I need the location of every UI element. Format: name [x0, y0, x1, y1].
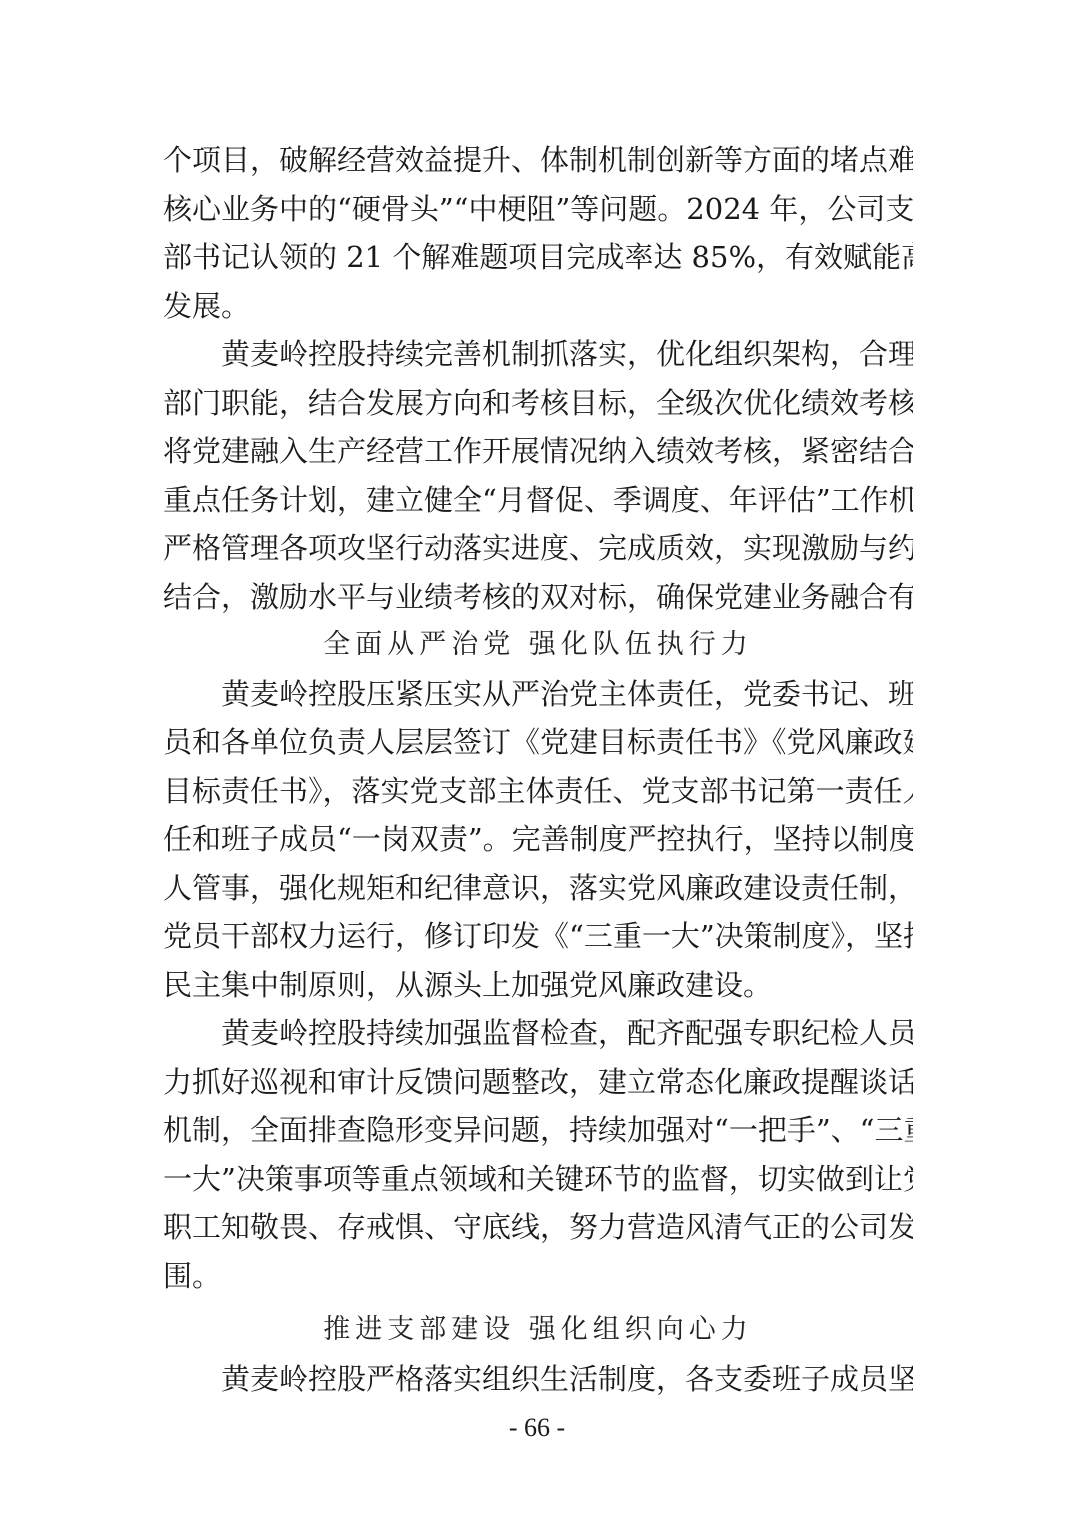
text-line: 围。 [163, 1252, 913, 1301]
text-line: 发展。 [163, 282, 913, 331]
text-line: 核心业务中的“硬骨头”“中梗阻”等问题。2024 年，公司支 [163, 185, 913, 234]
text-line: 机制，全面排查隐形变异问题，持续加强对“一把手”、“三重 [163, 1106, 913, 1155]
paragraph: 黄麦岭控股严格落实组织生活制度，各支委班子成员坚持带 [163, 1355, 913, 1404]
text-line: 黄麦岭控股持续完善机制抓落实，优化组织架构，合理调整 [163, 330, 913, 379]
text-line: 目标责任书》，落实党支部主体责任、党支部书记第一责任人责 [163, 767, 913, 816]
text-line: 严格管理各项攻坚行动落实进度、完成质效，实现激励与约束相 [163, 524, 913, 573]
text-line: 结合，激励水平与业绩考核的双对标，确保党建业务融合有实效。 [163, 573, 913, 622]
text-line: 职工知敬畏、存戒惧、守底线，努力营造风清气正的公司发展氛 [163, 1203, 913, 1252]
section-heading: 全面从严治党 强化队伍执行力 [163, 621, 913, 670]
text-line: 将党建融入生产经营工作开展情况纳入绩效考核，紧密结合年度 [163, 427, 913, 476]
text-line: 员和各单位负责人层层签订《党建目标责任书》《党风廉政建设 [163, 718, 913, 767]
paragraph-continued: 个项目，破解经营效益提升、体制机制创新等方面的堵点难题和 核心业务中的“硬骨头”… [163, 136, 913, 330]
text-line: 重点任务计划，建立健全“月督促、季调度、年评估”工作机制， [163, 476, 913, 525]
text-line: 黄麦岭控股严格落实组织生活制度，各支委班子成员坚持带 [163, 1355, 913, 1404]
paragraph: 黄麦岭控股持续完善机制抓落实，优化组织架构，合理调整 部门职能，结合发展方向和考… [163, 330, 913, 621]
text-line: 部门职能，结合发展方向和考核目标，全级次优化绩效考核管理， [163, 379, 913, 428]
paragraph: 黄麦岭控股持续加强监督检查，配齐配强专职纪检人员，全 力抓好巡视和审计反馈问题整… [163, 1009, 913, 1300]
text-line: 黄麦岭控股压紧压实从严治党主体责任，党委书记、班子成 [163, 670, 913, 719]
text-line: 民主集中制原则，从源头上加强党风廉政建设。 [163, 961, 913, 1010]
text-line: 个项目，破解经营效益提升、体制机制创新等方面的堵点难题和 [163, 136, 913, 185]
section-heading: 推进支部建设 强化组织向心力 [163, 1306, 913, 1355]
paragraph: 黄麦岭控股压紧压实从严治党主体责任，党委书记、班子成 员和各单位负责人层层签订《… [163, 670, 913, 1010]
text-line: 部书记认领的 21 个解难题项目完成率达 85%，有效赋能高质量 [163, 233, 913, 282]
text-line: 力抓好巡视和审计反馈问题整改，建立常态化廉政提醒谈话记录 [163, 1058, 913, 1107]
text-line: 党员干部权力运行，修订印发《“三重一大”决策制度》，坚持 [163, 912, 913, 961]
page-number: - 66 - [0, 1410, 1074, 1446]
text-line: 一大”决策事项等重点领域和关键环节的监督，切实做到让党员 [163, 1155, 913, 1204]
text-line: 人管事，强化规矩和纪律意识，落实党风廉政建设责任制，规范 [163, 864, 913, 913]
text-line: 黄麦岭控股持续加强监督检查，配齐配强专职纪检人员，全 [163, 1009, 913, 1058]
text-line: 任和班子成员“一岗双责”。完善制度严控执行，坚持以制度管 [163, 815, 913, 864]
document-page: 个项目，破解经营效益提升、体制机制创新等方面的堵点难题和 核心业务中的“硬骨头”… [163, 136, 913, 1403]
